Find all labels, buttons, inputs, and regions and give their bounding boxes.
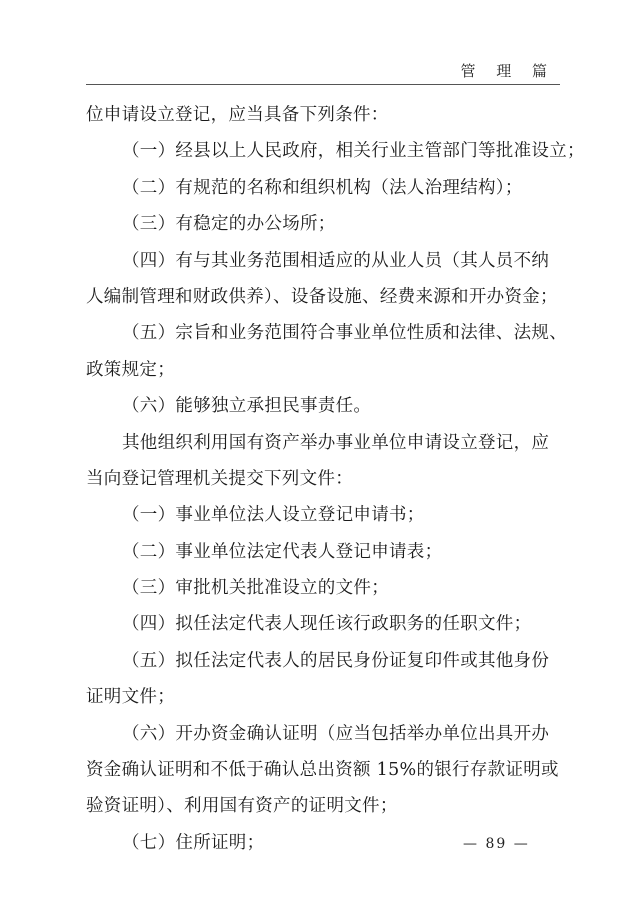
page-body: 位申请设立登记，应当具备下列条件： （一）经县以上人民政府，相关行业主管部门等批… (86, 100, 558, 864)
text-line: （六）能够独立承担民事责任。 (86, 391, 558, 427)
text-line: （三）有稳定的办公场所； (86, 209, 558, 245)
text-line: 当向登记管理机关提交下列文件： (86, 464, 558, 500)
text-line: （一）事业单位法人设立登记申请书； (86, 500, 558, 536)
text-line: 资金确认证明和不低于确认总出资额 15%的银行存款证明或 (86, 755, 558, 791)
text-line: （二）事业单位法定代表人登记申请表； (86, 537, 558, 573)
header-divider (86, 84, 560, 85)
running-header-title: 管 理 篇 (460, 60, 555, 81)
text-line: 人编制管理和财政供养）、设备设施、经费来源和开办资金； (86, 282, 558, 318)
text-line: （二）有规范的名称和组织机构（法人治理结构）； (86, 173, 558, 209)
text-line: （一）经县以上人民政府，相关行业主管部门等批准设立； (86, 136, 558, 172)
text-line: （五）拟任法定代表人的居民身份证复印件或其他身份 (86, 646, 558, 682)
text-line: 其他组织利用国有资产举办事业单位申请设立登记，应 (86, 428, 558, 464)
text-line: 验资证明）、利用国有资产的证明文件； (86, 791, 558, 827)
text-line: （四）有与其业务范围相适应的从业人员（其人员不纳 (86, 246, 558, 282)
text-line: （三）审批机关批准设立的文件； (86, 573, 558, 609)
text-line: （四）拟任法定代表人现任该行政职务的任职文件； (86, 609, 558, 645)
text-line: （五）宗旨和业务范围符合事业单位性质和法律、法规、 (86, 318, 558, 354)
text-line: （六）开办资金确认证明（应当包括举办单位出具开办 (86, 719, 558, 755)
text-line: 位申请设立登记，应当具备下列条件： (86, 100, 558, 136)
text-line: 政策规定； (86, 355, 558, 391)
page-number: — 89 — (463, 836, 530, 852)
text-line: 证明文件； (86, 682, 558, 718)
